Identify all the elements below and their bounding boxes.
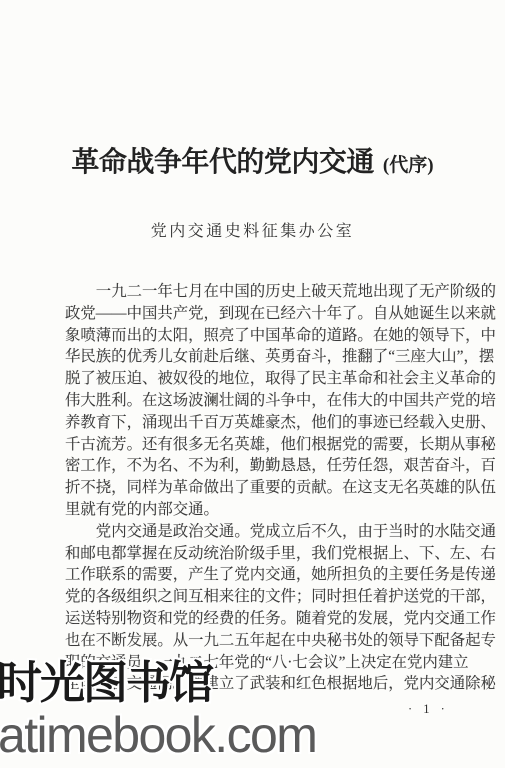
body-line: 千古流芳。还有很多无名英雄，他们根据党的需要，长期从事秘: [65, 434, 468, 456]
watermark-site-name: 时光图书馆: [0, 660, 212, 705]
page-title: 革命战争年代的党内交通(代序): [0, 147, 505, 179]
body-line: 象喷薄而出的太阳，照亮了中国革命的道路。在她的领导下，中: [65, 325, 468, 347]
body-line: 密工作，不为名、不为利，勤勤恳恳，任劳任怨，艰苦奋斗，百: [65, 455, 468, 477]
body-line: 和邮电都掌握在反动统治阶级手里，我们党根据上、下、左、右: [65, 543, 468, 565]
body-line: 折不挠，同样为革命做出了重要的贡献。在这支无名英雄的队伍: [65, 477, 468, 499]
page-title-suffix: (代序): [383, 155, 434, 176]
body-line: 华民族的优秀儿女前赴后继、英勇奋斗，推翻了“三座大山”，摆: [65, 346, 468, 368]
scanned-book-page: 革命战争年代的党内交通(代序) 党内交通史料征集办公室 一九二一年七月在中国的历…: [0, 0, 505, 768]
body-line: 政党——中国共产党，到现在已经六十年了。自从她诞生以来就: [65, 303, 468, 325]
body-line: 一九二一年七月在中国的历史上破天荒地出现了无产阶级的: [65, 281, 468, 303]
body-line: 党内交通是政治交通。党成立后不久，由于当时的水陆交通: [65, 521, 468, 543]
page-number: · 1 ·: [408, 702, 449, 717]
body-text: 一九二一年七月在中国的历史上破天荒地出现了无产阶级的 政党——中国共产党，到现在…: [65, 281, 468, 695]
body-line: 党的各级组织之间互相来往的文件；同时担任着护送党的干部，: [65, 586, 468, 608]
watermark-site-url: atimebook.com: [0, 710, 316, 760]
body-line: 脱了被压迫、被奴役的地位，取得了民主革命和社会主义革命的: [65, 368, 468, 390]
body-line: 工作联系的需要，产生了党内交通，她所担负的主要任务是传递: [65, 564, 468, 586]
body-line: 养教育下，涌现出千百万英雄豪杰，他们的事迹已经载入史册、: [65, 412, 468, 434]
byline: 党内交通史料征集办公室: [0, 222, 505, 241]
body-line: 伟大胜利。在这场波澜壮阔的斗争中，在伟大的中国共产党的培: [65, 390, 468, 412]
page-title-text: 革命战争年代的党内交通: [71, 147, 374, 178]
body-line: 里就有党的内部交通。: [65, 499, 468, 521]
body-line: 也在不断发展。从一九二五年起在中央秘书处的领导下配备起专: [65, 630, 468, 652]
body-line: 运送特别物资和党的经费的任务。随着党的发展，党内交通工作: [65, 608, 468, 630]
